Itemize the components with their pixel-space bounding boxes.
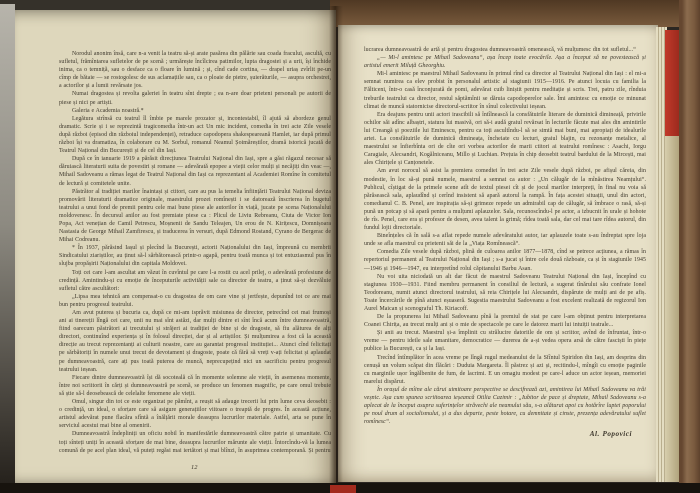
- paragraph: După ce în ianuarie 1919 a părăsit direc…: [59, 155, 331, 187]
- paragraph: „Lipsa mea tehnică am compensat-o cu dra…: [59, 293, 331, 309]
- paragraph: Mi-l amintesc pe maestrul Mihail Sadovea…: [364, 70, 646, 110]
- page-block-edge: [665, 136, 679, 482]
- paragraph: Galeria e Academia noastră.*: [59, 107, 331, 115]
- paragraph: Trecînd întîmplător în acea vreme pe lîn…: [364, 354, 646, 386]
- quote-paragraph: „— Mi-l amintesc pe Mihail Sadoveanu“, a…: [364, 54, 646, 70]
- paragraph: lucrarea dumneavoastră de artă și pentru…: [364, 46, 646, 54]
- paragraph: Și anii au trecut. Maestrul și-a împlini…: [364, 329, 646, 353]
- paragraph: Am avut norocul să asist la premiera com…: [364, 167, 646, 232]
- paragraph: Fiecare dintre dumneavoastră își dă soco…: [59, 374, 331, 398]
- paragraph: Dumneavoastră îndepliniți un oficiu nobi…: [59, 430, 331, 454]
- book-cover-edge: [679, 0, 700, 493]
- book-gutter: [329, 6, 343, 485]
- right-page-text: lucrarea dumneavoastră de artă și pentru…: [338, 25, 658, 439]
- paragraph: Numai dragostea și revolta galeriei în t…: [59, 90, 331, 106]
- left-page: Norodul anonim însă, care n-a venit la t…: [15, 10, 336, 483]
- paragraph: Toți cei care l-am ascultat am văzut în …: [59, 269, 331, 293]
- paragraph: Norodul anonim însă, care n-a venit la t…: [59, 50, 331, 90]
- closing-quote-paragraph: În orașul de mîine ale cărui uimitoare p…: [364, 386, 646, 426]
- right-page: lucrarea dumneavoastră de artă și pentru…: [338, 25, 658, 482]
- paragraph: Legătura strînsă cu teatrul îl îmbie pe …: [59, 115, 331, 155]
- paragraph: Comedia Zile vesele după război, plină d…: [364, 248, 646, 272]
- backdrop-top-right: [330, 0, 700, 27]
- paragraph: De la propunerea lui Mihail Sadoveanu pî…: [364, 313, 646, 329]
- backdrop-left-edge: [0, 4, 15, 493]
- paragraph: Bineînțeles că în sală s-a aflat repede …: [364, 232, 646, 248]
- author-signature: Al. Popovici: [364, 430, 646, 438]
- red-cover-edge: [665, 30, 679, 136]
- page-number: 12: [59, 464, 331, 472]
- paragraph: Nu voi uita niciodată un alt dar făcut d…: [364, 273, 646, 313]
- red-cover-bottom: [330, 485, 356, 493]
- footnote-paragraph: * În 1937, părăsind Iașul și plecînd la …: [59, 244, 331, 268]
- paragraph: Am avut puterea și bucuria ca, după ce m…: [59, 309, 331, 374]
- book-spread-photo: Norodul anonim însă, care n-a venit la t…: [0, 0, 700, 493]
- paragraph: Păstrător al tradiției marilor înaintași…: [59, 188, 331, 245]
- paragraph: Omul, singur din tot ce este organizat p…: [59, 398, 331, 430]
- left-page-text: Norodul anonim însă, care n-a venit la t…: [15, 10, 336, 472]
- paragraph: Era deajuns pentru unii actori irascibil…: [364, 111, 646, 168]
